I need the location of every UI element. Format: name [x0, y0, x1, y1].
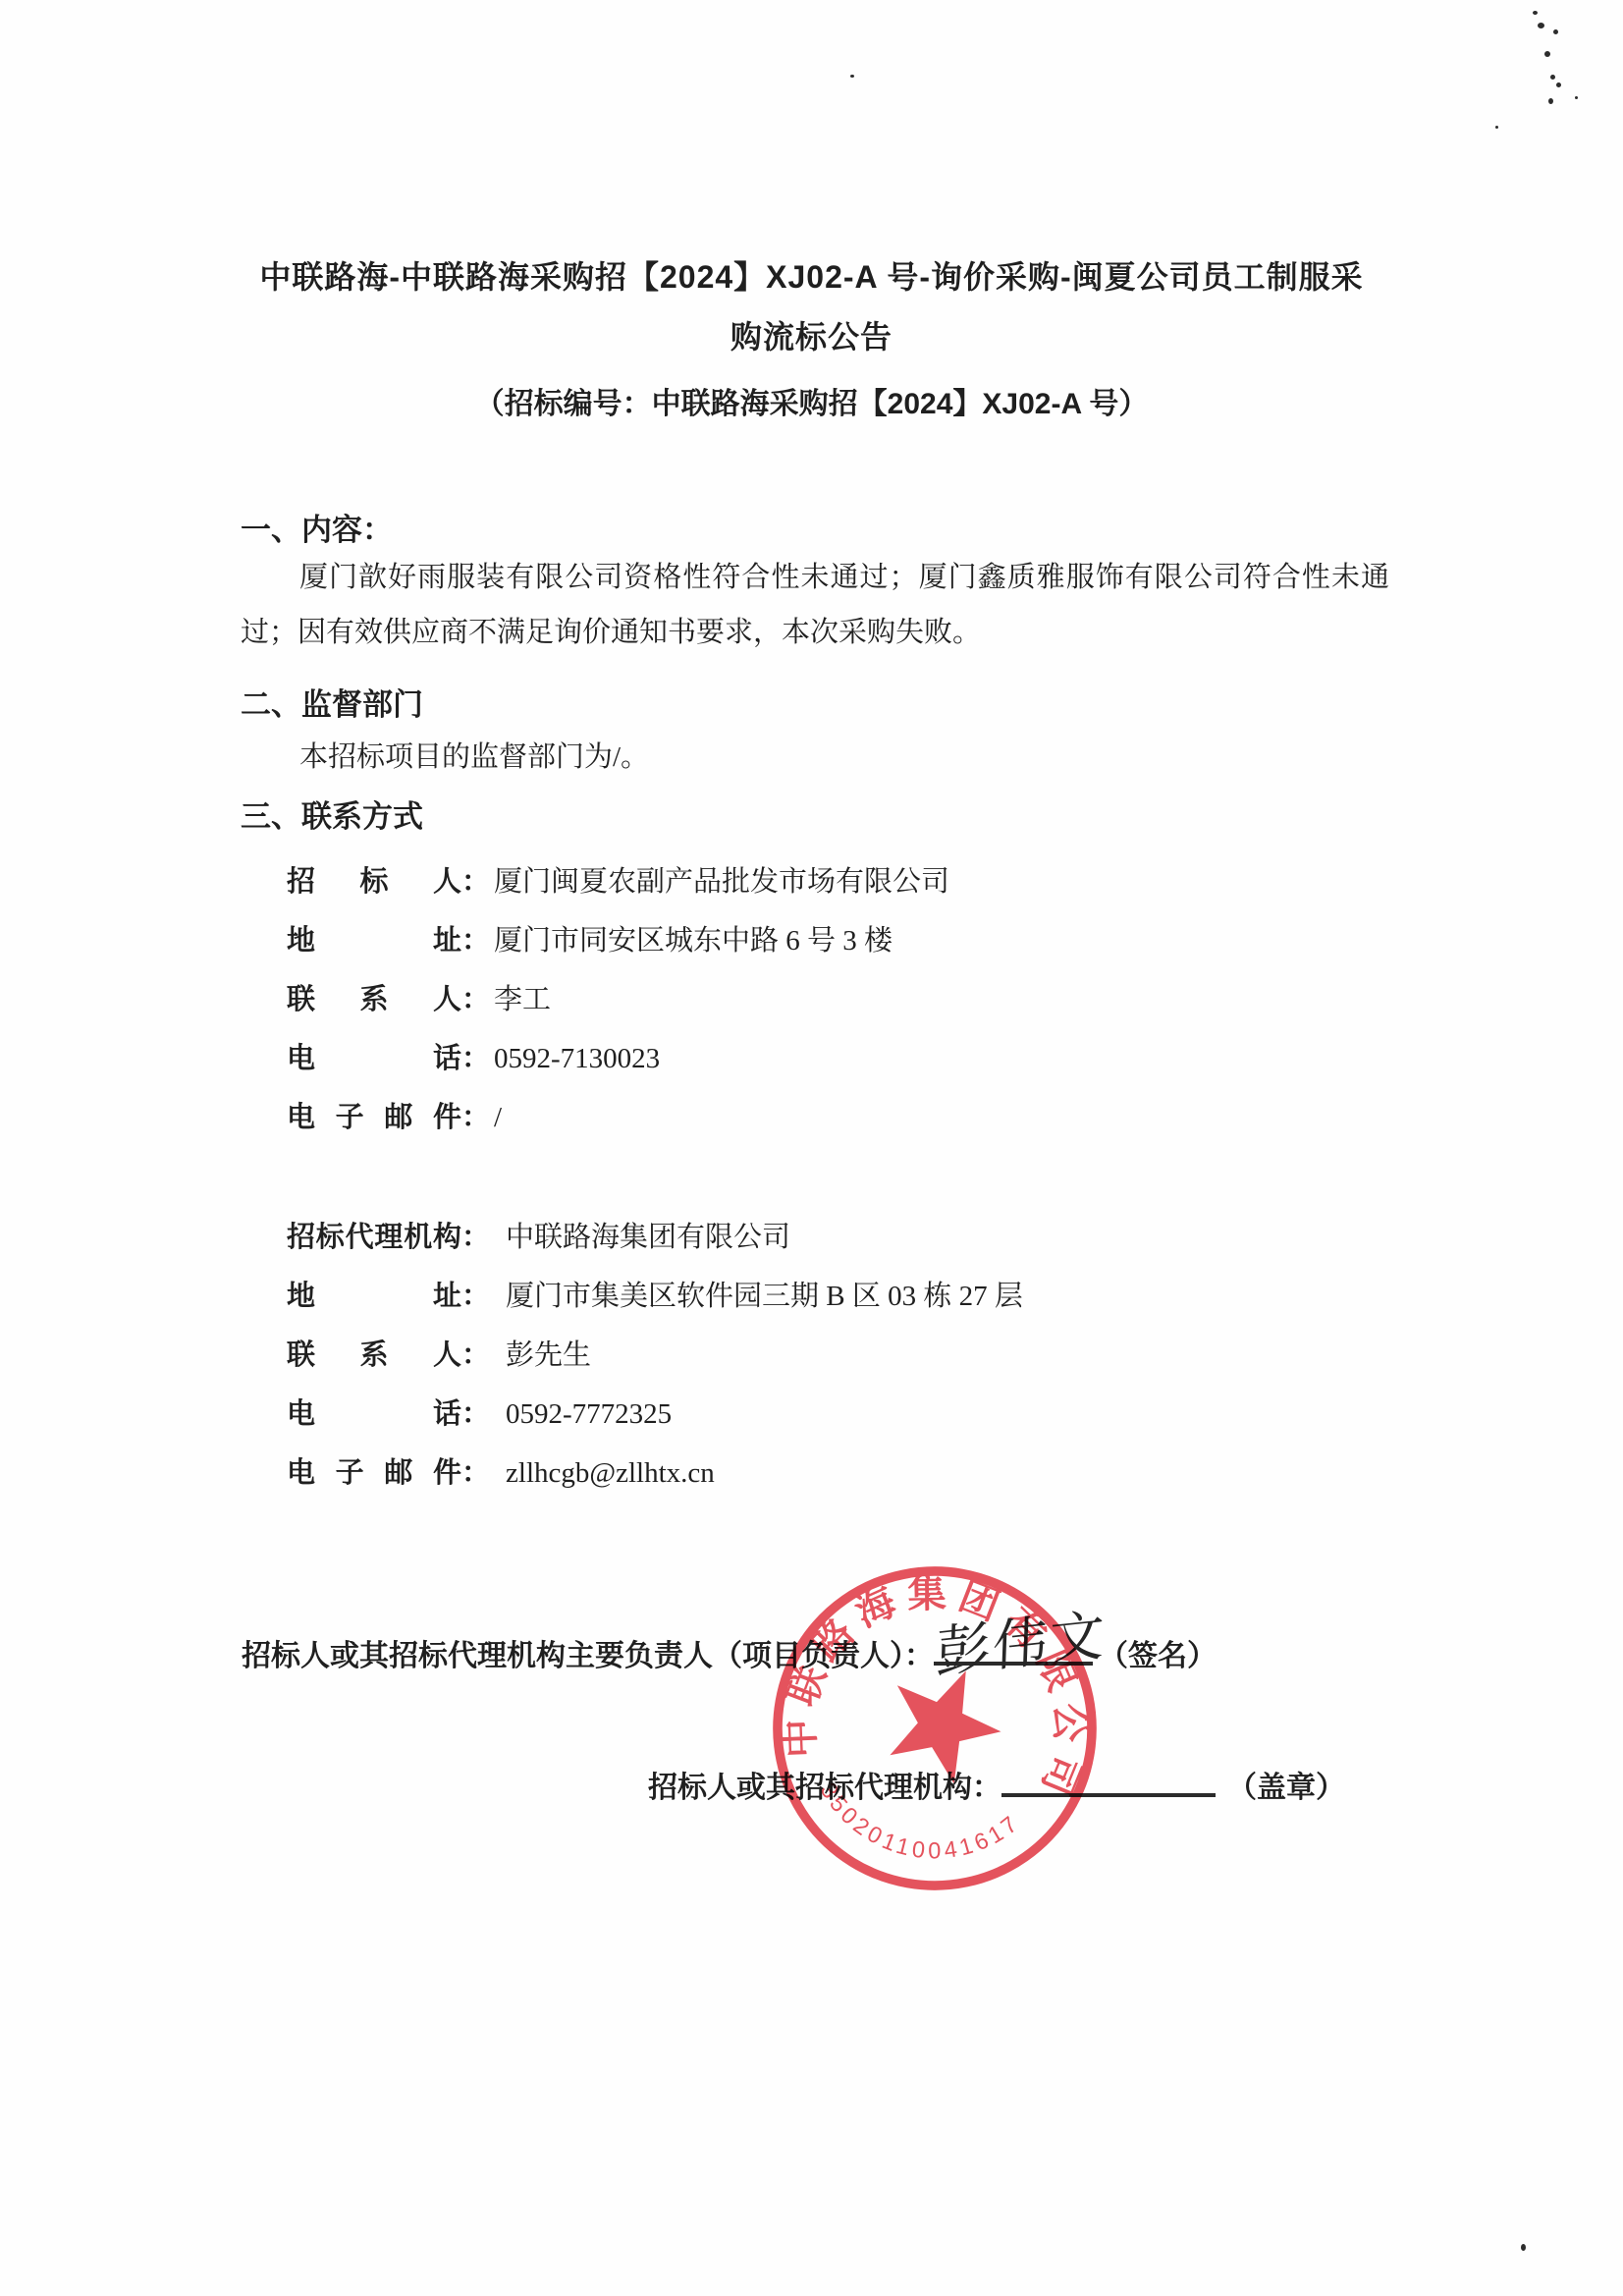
tenderer-phone-row: 电话：0592-7130023	[287, 1029, 949, 1088]
label-colon: ：	[461, 1457, 490, 1489]
tenderer-contact-block: 招标人：厦门闽夏农副产品批发市场有限公司 地址：厦门市同安区城东中路 6 号 3…	[287, 852, 949, 1147]
title-line-2: 购流标公告	[0, 307, 1623, 367]
tenderer-address-row: 地址：厦门市同安区城东中路 6 号 3 楼	[287, 911, 949, 970]
label-colon: ：	[461, 1339, 490, 1371]
agency-email-value: zllhcgb@zllhtx.cn	[506, 1457, 715, 1489]
tenderer-address-value: 厦门市同安区城东中路 6 号 3 楼	[494, 925, 893, 957]
scan-noise-speck	[1556, 82, 1561, 87]
section-1-body: 厦门歆好雨服装有限公司资格性符合性未通过；厦门鑫质雅服饰有限公司符合性未通过；因…	[241, 550, 1389, 660]
tenderer-name-value: 厦门闽夏农副产品批发市场有限公司	[494, 866, 949, 898]
label-colon: ：	[461, 925, 490, 957]
tenderer-email-row: 电子邮件：/	[287, 1088, 949, 1147]
agency-phone-label: 电话	[287, 1385, 461, 1444]
seal-suffix: （盖章）	[1227, 1772, 1345, 1804]
scan-noise-speck	[1521, 2244, 1526, 2251]
tenderer-address-label: 地址	[287, 911, 461, 970]
agency-contactperson-value: 彭先生	[506, 1339, 591, 1371]
tenderer-name-row: 招标人：厦门闽夏农副产品批发市场有限公司	[287, 852, 949, 911]
tenderer-name-label: 招标人	[287, 852, 461, 911]
agency-contact-block: 招标代理机构：中联路海集团有限公司 地址：厦门市集美区软件园三期 B 区 03 …	[287, 1208, 1023, 1503]
tenderer-contactperson-value: 李工	[494, 984, 551, 1015]
label-colon: ：	[461, 1222, 490, 1253]
label-colon: ：	[461, 1102, 490, 1133]
agency-phone-value: 0592-7772325	[506, 1398, 672, 1430]
tenderer-contactperson-row: 联系人：李工	[287, 970, 949, 1029]
scan-noise-speck	[1533, 11, 1538, 15]
section-2-heading: 二、监督部门	[241, 680, 423, 724]
scan-noise-speck	[850, 75, 854, 78]
agency-name-value: 中联路海集团有限公司	[506, 1222, 790, 1253]
title-line-1: 中联路海-中联路海采购招【2024】XJ02-A 号-询价采购-闽夏公司员工制服…	[0, 247, 1623, 307]
company-seal-stamp: 中联路海集团有限公司 35020110041617	[717, 1510, 1154, 1947]
seal-company-text: 中联路海集团有限公司	[770, 1546, 1117, 1812]
seal-number-text: 35020110041617	[806, 1776, 1028, 1881]
agency-address-value: 厦门市集美区软件园三期 B 区 03 栋 27 层	[506, 1281, 1023, 1312]
tender-number-subtitle: （招标编号：中联路海采购招【2024】XJ02-A 号）	[0, 379, 1623, 422]
label-colon: ：	[461, 1043, 490, 1074]
tenderer-phone-label: 电话	[287, 1029, 461, 1088]
section-3-heading: 三、联系方式	[241, 792, 423, 836]
tenderer-email-value: /	[494, 1102, 502, 1133]
label-colon: ：	[461, 866, 490, 898]
document-page: 中联路海-中联路海采购招【2024】XJ02-A 号-询价采购-闽夏公司员工制服…	[0, 0, 1623, 2296]
agency-contactperson-label: 联系人	[287, 1326, 461, 1385]
scan-noise-speck	[1548, 98, 1553, 104]
tenderer-email-label: 电子邮件	[287, 1088, 461, 1147]
tenderer-phone-value: 0592-7130023	[494, 1043, 660, 1074]
agency-address-label: 地址	[287, 1267, 461, 1326]
scan-noise-speck	[1550, 75, 1555, 80]
agency-phone-row: 电话：0592-7772325	[287, 1385, 1023, 1444]
agency-address-row: 地址：厦门市集美区软件园三期 B 区 03 栋 27 层	[287, 1267, 1023, 1326]
scan-noise-speck	[1575, 96, 1578, 99]
agency-name-label: 招标代理机构	[287, 1208, 461, 1267]
label-colon: ：	[461, 1398, 490, 1430]
scan-noise-speck	[1495, 126, 1498, 129]
label-colon: ：	[461, 1281, 490, 1312]
tenderer-contactperson-label: 联系人	[287, 970, 461, 1029]
star-icon	[870, 1648, 1017, 1793]
section-1-heading: 一、内容：	[241, 505, 393, 549]
scan-noise-speck	[1538, 23, 1544, 28]
scan-noise-speck	[1544, 51, 1550, 57]
agency-name-row: 招标代理机构：中联路海集团有限公司	[287, 1208, 1023, 1267]
document-title: 中联路海-中联路海采购招【2024】XJ02-A 号-询价采购-闽夏公司员工制服…	[0, 247, 1623, 367]
agency-email-row: 电子邮件：zllhcgb@zllhtx.cn	[287, 1444, 1023, 1503]
section-2-body: 本招标项目的监督部门为/。	[241, 735, 1389, 775]
agency-contactperson-row: 联系人：彭先生	[287, 1326, 1023, 1385]
label-colon: ：	[461, 984, 490, 1015]
scan-noise-speck	[1553, 29, 1558, 34]
agency-email-label: 电子邮件	[287, 1444, 461, 1503]
